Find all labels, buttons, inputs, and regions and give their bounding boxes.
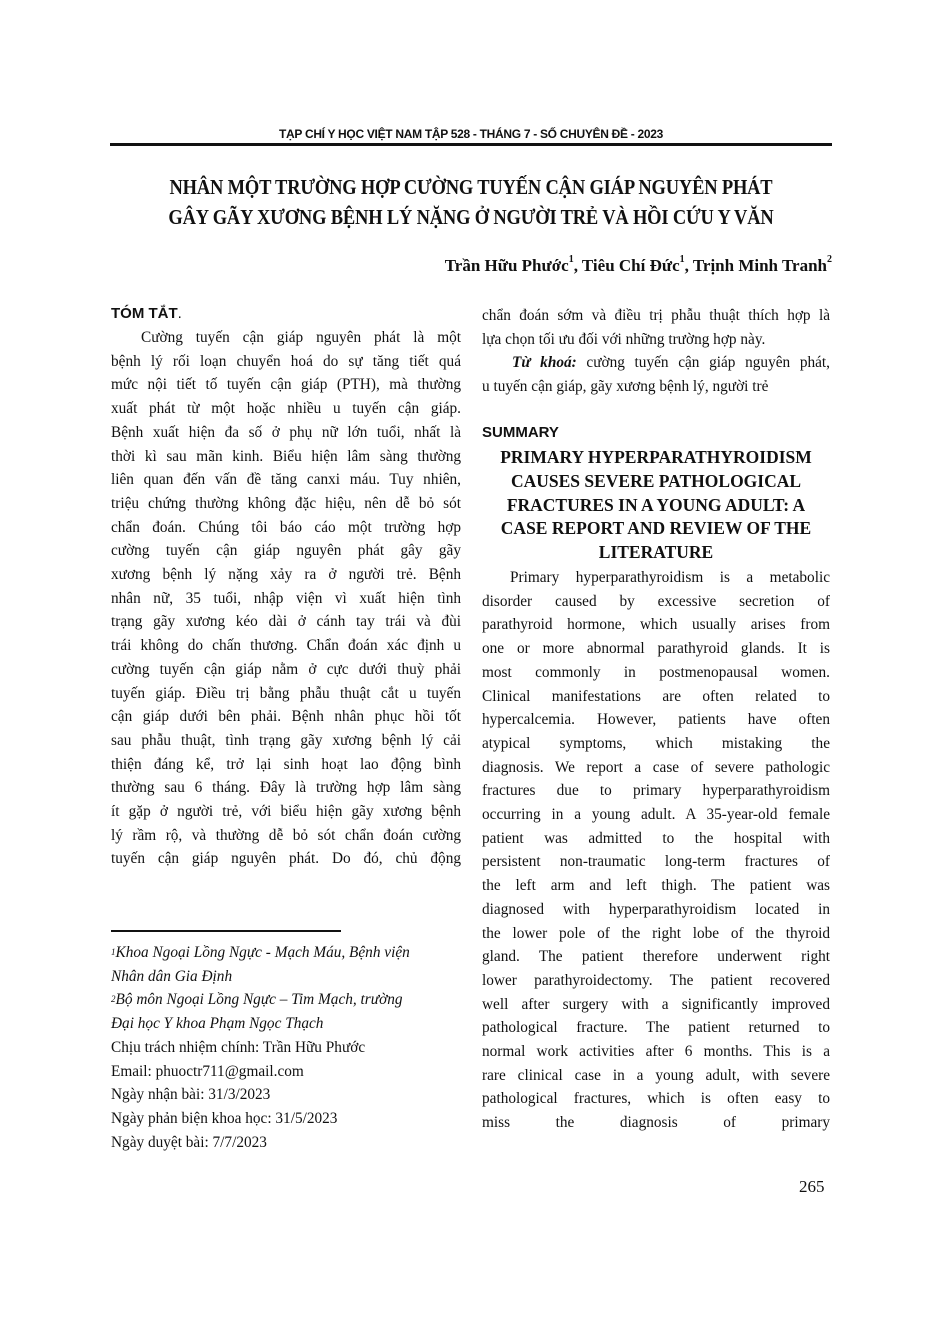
english-title: PRIMARY HYPERPARATHYROIDISM CAUSES SEVER… bbox=[482, 446, 830, 565]
text-line: cường tuyến cận giáp nằm ở cực dưới thuỳ… bbox=[111, 658, 461, 682]
journal-running-header: TẠP CHÍ Y HỌC VIỆT NAM TẬP 528 - THÁNG 7… bbox=[110, 127, 832, 141]
text-line: parathyroid hormone, which usually arise… bbox=[482, 613, 830, 637]
text-line: tuyến giáp. Điều trị bằng phẫu thuật cắt… bbox=[111, 682, 461, 706]
text-line: trái không do chấn thương. Chẩn đoán xác… bbox=[111, 634, 461, 658]
text-line: fractures due to primary hyperparathyroi… bbox=[482, 779, 830, 803]
page-number: 265 bbox=[799, 1177, 825, 1197]
title-line: LITERATURE bbox=[482, 541, 830, 565]
aff-text: Bộ môn Ngoại Lồng Ngực – Tim Mạch, trườn… bbox=[116, 991, 403, 1008]
abstract-vi-column: TÓM TẮT. Cường tuyến cận giáp nguyên phá… bbox=[111, 302, 461, 871]
text-line: hypercalcemia. However, patients have of… bbox=[482, 708, 830, 732]
text-line: pathological fracture. The patient retur… bbox=[482, 1016, 830, 1040]
affiliation-marker: 1 bbox=[569, 254, 574, 265]
header-rule bbox=[110, 143, 832, 146]
text-line: liên quan đến vấn đề tăng canxi máu. Tuy… bbox=[111, 468, 461, 492]
text-line: xương bệnh lý nặng xảy ra ở người trẻ. B… bbox=[111, 563, 461, 587]
text-line: diagnosis. We report a case of severe pa… bbox=[482, 756, 830, 780]
text-line: pathological fractures, which is often e… bbox=[482, 1087, 830, 1111]
text-line: lý rầm rộ, và thường dễ bỏ sót chẩn đoán… bbox=[111, 824, 461, 848]
affiliation-2-cont: Đại học Y khoa Phạm Ngọc Thạch bbox=[111, 1012, 461, 1036]
text-line: triệu chứng thường không đặc hiệu, nên d… bbox=[111, 492, 461, 516]
heading-suffix: . bbox=[178, 305, 182, 322]
text-line: thời kì sau mãn kinh. Biểu hiện lâm sàng… bbox=[111, 445, 461, 469]
text-line: diagnosed with hyperparathyroidism locat… bbox=[482, 898, 830, 922]
title-line: CASE REPORT AND REVIEW OF THE bbox=[482, 517, 830, 541]
text-line: Cường tuyến cận giáp nguyên phát là một bbox=[111, 326, 461, 350]
text-line: lower parathyroidectomy. The patient rec… bbox=[482, 969, 830, 993]
title-line-1: NHÂN MỘT TRƯỜNG HỢP CƯỜNG TUYẾN CẬN GIÁP… bbox=[153, 172, 788, 202]
text-line: Clinical manifestations are often relate… bbox=[482, 685, 830, 709]
text-line: ít gặp ở người trẻ, với biểu hiện gãy xư… bbox=[111, 800, 461, 824]
text-line: most commonly in postmenopausal women. bbox=[482, 661, 830, 685]
text-line: well after surgery with a significantly … bbox=[482, 993, 830, 1017]
date-accepted: Ngày duyệt bài: 7/7/2023 bbox=[111, 1131, 461, 1155]
title-line-2: GÂY GÃY XƯƠNG BỆNH LÝ NẶNG Ở NGƯỜI TRẺ V… bbox=[153, 202, 788, 232]
abstract-vi-paragraph: Cường tuyến cận giáp nguyên phát là mộtb… bbox=[111, 326, 461, 871]
author-list: Trần Hữu Phước1, Tiêu Chí Đức1, Trịnh Mi… bbox=[445, 256, 832, 276]
title-line: CAUSES SEVERE PATHOLOGICAL bbox=[482, 470, 830, 494]
affiliation-1-cont: Nhân dân Gia Định bbox=[111, 965, 461, 989]
text-line: normal work activities after 6 months. T… bbox=[482, 1040, 830, 1064]
abstract-vi-continuation: chẩn đoán sớm và điều trị phẫu thuật thí… bbox=[482, 304, 830, 399]
text-line: Bệnh xuất hiện đa số ở phụ nữ lớn tuổi, … bbox=[111, 421, 461, 445]
title-line: FRACTURES IN A YOUNG ADULT: A bbox=[482, 494, 830, 518]
abstract-vi-heading: TÓM TẮT. bbox=[111, 302, 461, 326]
text-line: the left arm and left thigh. The patient… bbox=[482, 874, 830, 898]
text-line: atypical symptoms, which mistaking the bbox=[482, 732, 830, 756]
title-line: PRIMARY HYPERPARATHYROIDISM bbox=[482, 446, 830, 470]
date-received: Ngày nhận bài: 31/3/2023 bbox=[111, 1083, 461, 1107]
text-line: tuyến cận giáp nguyên phát. Do đó, chủ đ… bbox=[111, 847, 461, 871]
corresponding-author: Chịu trách nhiệm chính: Trần Hữu Phước bbox=[111, 1036, 461, 1060]
affiliation-marker: 2 bbox=[827, 254, 832, 265]
footnotes: 1Khoa Ngoại Lồng Ngực - Mạch Máu, Bệnh v… bbox=[111, 941, 461, 1154]
text-line: one or more abnormal parathyroid glands.… bbox=[482, 637, 830, 661]
text-line: patient was admitted to the hospital wit… bbox=[482, 827, 830, 851]
article-title: NHÂN MỘT TRƯỜNG HỢP CƯỜNG TUYẾN CẬN GIÁP… bbox=[153, 172, 788, 232]
text-line: xuất phát từ một hoặc nhiều u tuyến cận … bbox=[111, 397, 461, 421]
text-line: the lower pole of the right lobe of the … bbox=[482, 922, 830, 946]
affiliation-2: 2Bộ môn Ngoại Lồng Ngực – Tim Mạch, trườ… bbox=[111, 988, 461, 1012]
footnote-rule bbox=[111, 930, 341, 932]
affiliation-marker: 1 bbox=[680, 254, 685, 265]
text-line: gland. The patient therefore underwent r… bbox=[482, 945, 830, 969]
email: Email: phuoctr711@gmail.com bbox=[111, 1060, 461, 1084]
text-line: chẩn đoán sớm và điều trị phẫu thuật thí… bbox=[482, 304, 830, 328]
keywords-cont: u tuyến cận giáp, gãy xương bệnh lý, ngư… bbox=[482, 375, 830, 399]
keywords-text: cường tuyến cận giáp nguyên phát, bbox=[577, 354, 830, 371]
author-name: Trần Hữu Phước bbox=[445, 256, 569, 275]
summary-en-paragraph: Primary hyperparathyroidism is a metabol… bbox=[482, 566, 830, 1135]
text-line: thiện đáng kể, trở lại sinh hoạt lao độn… bbox=[111, 753, 461, 777]
aff-text: Khoa Ngoại Lồng Ngực - Mạch Máu, Bệnh vi… bbox=[116, 944, 410, 961]
text-line: persistent non-traumatic long-term fract… bbox=[482, 850, 830, 874]
author-name: Trịnh Minh Tranh bbox=[693, 256, 827, 275]
text-line: chẩn đoán. Chúng tôi báo cáo một trường … bbox=[111, 516, 461, 540]
keywords: Từ khoá: cường tuyến cận giáp nguyên phá… bbox=[482, 351, 830, 375]
author-name: Tiêu Chí Đức bbox=[582, 256, 680, 275]
text-line: mức nội tiết tố tuyến cận giáp (PTH), mà… bbox=[111, 373, 461, 397]
heading-text: TÓM TẮT bbox=[111, 305, 178, 322]
text-line: cường tuyến cận giáp nguyên phát gây gãy bbox=[111, 539, 461, 563]
text-line: cận giáp dưới bên phải. Bệnh nhân phục h… bbox=[111, 705, 461, 729]
text-line: thường sau 6 tháng. Đây là trường hợp lâ… bbox=[111, 776, 461, 800]
summary-heading: SUMMARY bbox=[482, 421, 559, 445]
text-line: rare clinical case in a young adult, wit… bbox=[482, 1064, 830, 1088]
text-line: disorder caused by excessive secretion o… bbox=[482, 590, 830, 614]
keywords-label: Từ khoá: bbox=[512, 354, 577, 371]
text-line: occurring in a young adult. A 35-year-ol… bbox=[482, 803, 830, 827]
text-line: bệnh lý rối loạn chuyển hoá do sự tăng t… bbox=[111, 350, 461, 374]
text-line: miss the diagnosis of primary bbox=[482, 1111, 830, 1135]
text-line: Primary hyperparathyroidism is a metabol… bbox=[482, 566, 830, 590]
text-line: nhân nữ, 35 tuổi, nhập viện vì xuất hiện… bbox=[111, 587, 461, 611]
affiliation-1: 1Khoa Ngoại Lồng Ngực - Mạch Máu, Bệnh v… bbox=[111, 941, 461, 965]
date-reviewed: Ngày phản biện khoa học: 31/5/2023 bbox=[111, 1107, 461, 1131]
text-line: sau phẫu thuật, tình trạng gãy xương bện… bbox=[111, 729, 461, 753]
text-line: lựa chọn tối ưu đối với những trường hợp… bbox=[482, 328, 830, 352]
text-line: trạng gãy xương kéo dài ở cánh tay trái … bbox=[111, 610, 461, 634]
